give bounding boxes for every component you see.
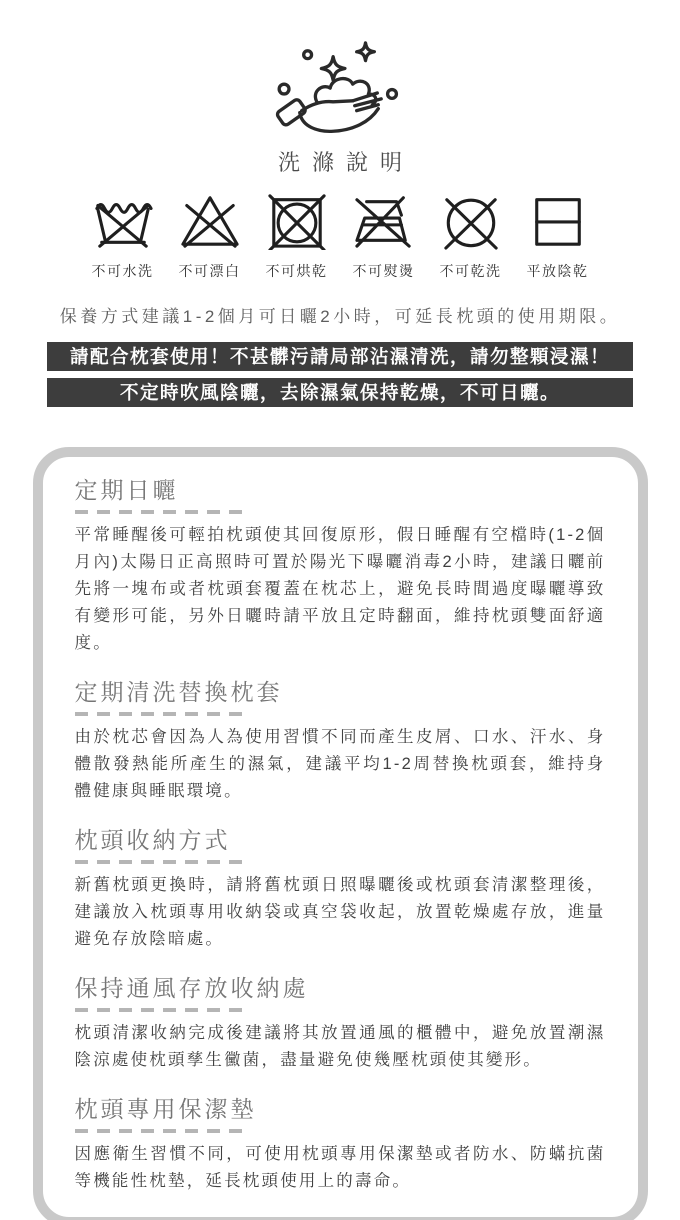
section-wash-replace-pillowcase: 定期清洗替換枕套 由於枕芯會因為人為使用習慣不同而產生皮屑、口水、汗水、身體散發… — [75, 679, 606, 805]
care-symbol-label: 不可熨燙 — [353, 261, 415, 281]
care-symbol-label: 平放陰乾 — [527, 261, 589, 281]
wash-hands-icon — [264, 40, 416, 144]
notice-bar-2: 不定時吹風陰曬，去除濕氣保持乾燥，不可日曬。 — [47, 378, 633, 407]
section-body: 平常睡醒後可輕拍枕頭使其回復原形，假日睡醒有空檔時(1-2個月內)太陽日正高照時… — [75, 522, 606, 657]
section-body: 枕頭清潔收納完成後建議將其放置通風的櫃體中，避免放置潮濕陰涼處使枕頭孳生黴菌，盡… — [75, 1020, 606, 1074]
section-pillow-storage: 枕頭收納方式 新舊枕頭更換時，請將舊枕頭日照曝曬後或枕頭套清潔整理後，建議放入枕… — [75, 827, 606, 953]
section-heading: 定期清洗替換枕套 — [75, 679, 606, 705]
section-ventilated-storage: 保持通風存放收納處 枕頭清潔收納完成後建議將其放置通風的櫃體中，避免放置潮濕陰涼… — [75, 975, 606, 1074]
section-body: 新舊枕頭更換時，請將舊枕頭日照曝曬後或枕頭套清潔整理後，建議放入枕頭專用收納袋或… — [75, 872, 606, 953]
care-symbol-label: 不可烘乾 — [266, 261, 328, 281]
section-heading: 枕頭專用保潔墊 — [75, 1096, 606, 1122]
section-body: 因應衛生習慣不同，可使用枕頭專用保潔墊或者防水、防蟎抗菌等機能性枕墊，延長枕頭使… — [75, 1141, 606, 1195]
no-dry-clean-icon — [439, 192, 503, 250]
notice-bar-1: 請配合枕套使用！不甚髒污請局部沾濕清洗，請勿整顆浸濕！ — [47, 342, 633, 371]
care-symbol-no-bleach: 不可漂白 — [166, 192, 253, 281]
dashed-underline — [75, 1008, 245, 1012]
section-body: 由於枕芯會因為人為使用習慣不同而產生皮屑、口水、汗水、身體散發熱能所產生的濕氣，… — [75, 724, 606, 805]
care-symbols-row: 不可水洗 不可漂白 不可烘乾 — [0, 192, 680, 281]
section-regular-sun-drying: 定期日曬 平常睡醒後可輕拍枕頭使其回復原形，假日睡醒有空檔時(1-2個月內)太陽… — [75, 477, 606, 657]
care-intro-text: 保養方式建議1-2個月可日曬2小時，可延長枕頭的使用期限。 — [0, 305, 680, 329]
no-iron-icon — [352, 192, 416, 250]
care-symbol-label: 不可漂白 — [179, 261, 241, 281]
care-symbol-no-dry-clean: 不可乾洗 — [427, 192, 514, 281]
no-tumble-dry-icon — [265, 192, 329, 250]
care-symbol-no-tumble-dry: 不可烘乾 — [253, 192, 340, 281]
care-tips-box: 定期日曬 平常睡醒後可輕拍枕頭使其回復原形，假日睡醒有空檔時(1-2個月內)太陽… — [33, 447, 648, 1220]
care-symbol-label: 不可乾洗 — [440, 261, 502, 281]
dashed-underline — [75, 860, 245, 864]
page-title: 洗滌說明 — [0, 148, 680, 178]
care-symbol-no-water-wash: 不可水洗 — [79, 192, 166, 281]
no-bleach-icon — [178, 192, 242, 250]
section-heading: 枕頭收納方式 — [75, 827, 606, 853]
care-symbol-flat-dry: 平放陰乾 — [514, 192, 601, 281]
dashed-underline — [75, 1129, 245, 1133]
section-heading: 保持通風存放收納處 — [75, 975, 606, 1001]
care-symbol-no-iron: 不可熨燙 — [340, 192, 427, 281]
section-heading: 定期日曬 — [75, 477, 606, 503]
dashed-underline — [75, 510, 245, 514]
header: 洗滌說明 — [0, 0, 680, 178]
section-pillow-protector: 枕頭專用保潔墊 因應衛生習慣不同，可使用枕頭專用保潔墊或者防水、防蟎抗菌等機能性… — [75, 1096, 606, 1195]
flat-dry-icon — [526, 192, 590, 250]
no-water-wash-icon — [91, 192, 155, 250]
wash-care-instructions-page: 洗滌說明 不可水洗 不可漂白 — [0, 0, 680, 1220]
care-symbol-label: 不可水洗 — [92, 261, 154, 281]
dashed-underline — [75, 712, 245, 716]
